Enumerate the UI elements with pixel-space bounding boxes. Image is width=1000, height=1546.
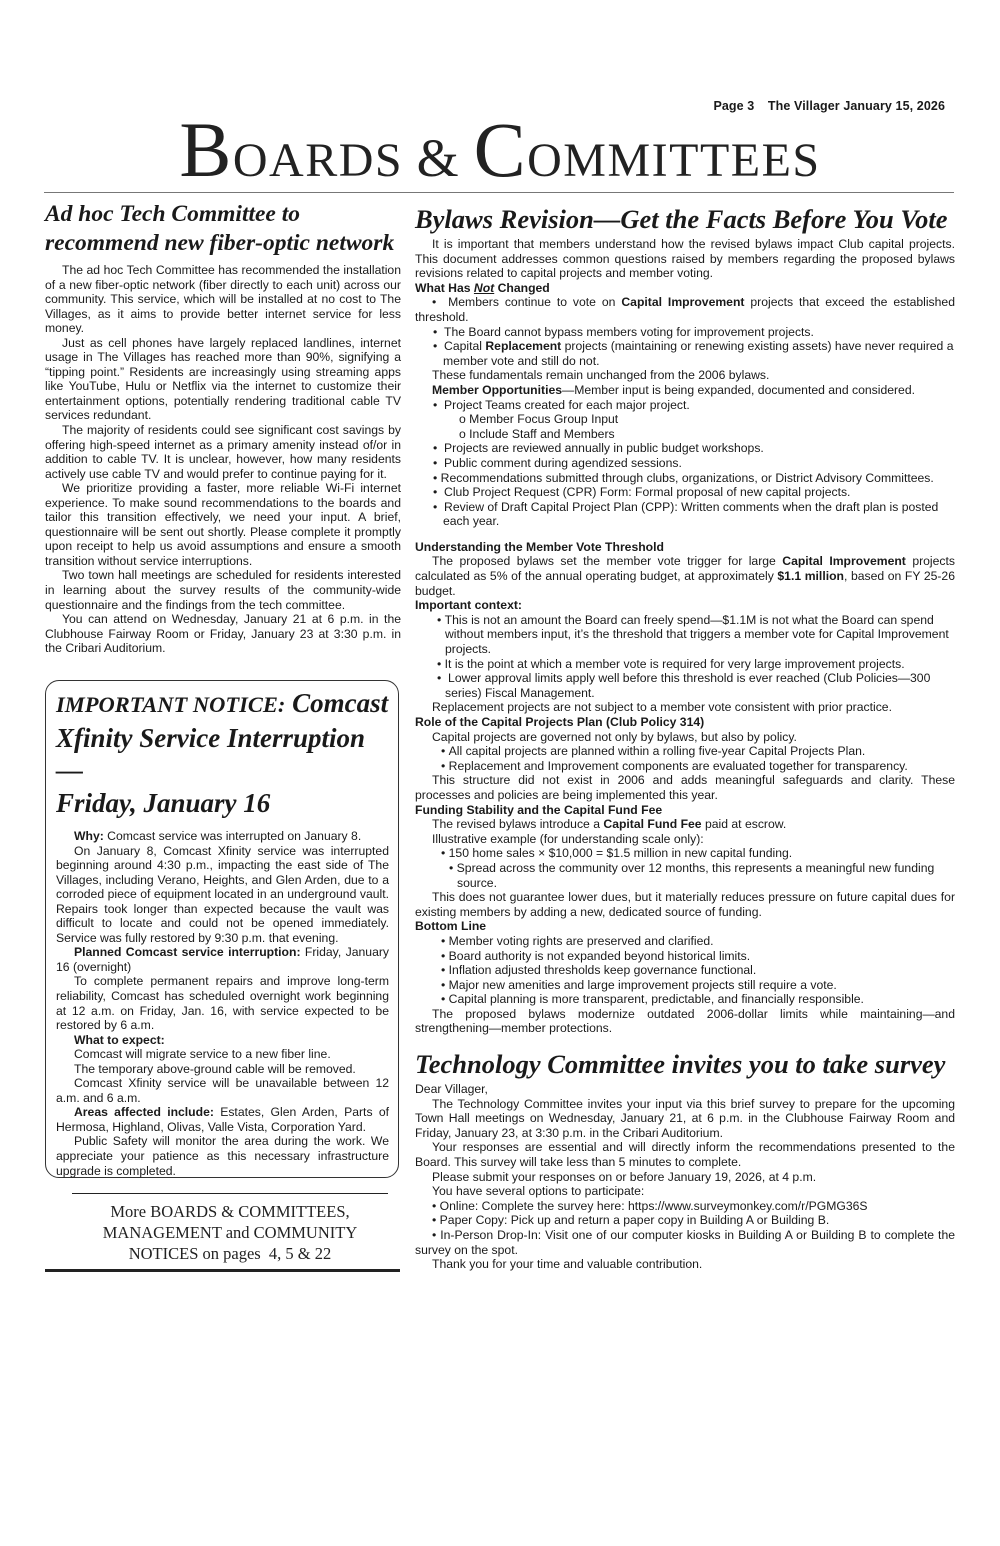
- bullet-item: • Board authority is not expanded beyond…: [415, 949, 955, 964]
- planned-paragraph: Planned Comcast service interruption: Fr…: [56, 945, 389, 974]
- ad-hoc-headline: Ad hoc Tech Committee to recommend new f…: [45, 200, 401, 258]
- text: Public comment during agendized sessions…: [444, 456, 682, 470]
- fund-fee-closing: This does not guarantee lower dues, but …: [415, 890, 955, 919]
- paragraph: The majority of residents could see sign…: [45, 423, 401, 481]
- text: This is not an amount the Board can free…: [445, 613, 949, 656]
- text: Lower approval limits apply well before …: [445, 671, 930, 700]
- salutation: Dear Villager,: [415, 1082, 955, 1097]
- comcast-notice-title: IMPORTANT NOTICE: Comcast Xfinity Servic…: [56, 687, 389, 819]
- bullet-item: • Replacement and Improvement components…: [415, 759, 955, 774]
- why-paragraph: Why: Comcast service was interrupted on …: [56, 829, 389, 844]
- paragraph: The Technology Committee invites your in…: [415, 1097, 955, 1141]
- threshold-heading: Understanding the Member Vote Threshold: [415, 540, 955, 555]
- text: Projects are reviewed annually in public…: [444, 441, 764, 455]
- more-line1: More BOARDS & COMMITTEES,: [72, 1201, 388, 1222]
- fund-fee-example: Illustrative example (for understanding …: [415, 832, 955, 847]
- text: Review of Draft Capital Project Plan (CP…: [443, 500, 938, 529]
- ad-hoc-body: The ad hoc Tech Committee has recommende…: [45, 263, 401, 656]
- bold-text: Replacement: [485, 339, 561, 353]
- paragraph: You can attend on Wednesday, January 21 …: [45, 612, 401, 656]
- expect-item: The temporary above-ground cable will be…: [56, 1062, 389, 1077]
- expect-item: Comcast will migrate service to a new fi…: [56, 1047, 389, 1062]
- comcast-notice-box: IMPORTANT NOTICE: Comcast Xfinity Servic…: [45, 680, 399, 1178]
- bullet-item: • This is not an amount the Board can fr…: [415, 613, 955, 657]
- text: Spread across the community over 12 mont…: [457, 861, 935, 890]
- masthead-boards: OARDS: [233, 134, 403, 187]
- paragraph: The ad hoc Tech Committee has recommende…: [45, 263, 401, 336]
- planned-label: Planned Comcast service interruption:: [74, 945, 301, 959]
- text: It is the point at which a member vote i…: [445, 657, 905, 671]
- bylaws-headline: Bylaws Revision—Get the Facts Before You…: [415, 203, 955, 236]
- ad-hoc-headline-line1: Ad hoc Tech Committee to: [45, 201, 300, 227]
- opportunities-text: —Member input is being expanded, documen…: [562, 383, 915, 397]
- text: The proposed bylaws set the member vote …: [432, 554, 782, 568]
- more-line2: MANAGEMENT and COMMUNITY: [72, 1222, 388, 1243]
- areas-label: Areas affected include:: [74, 1105, 214, 1119]
- text: Club Project Request (CPR) Form: Formal …: [444, 485, 850, 499]
- section-masthead: BOARDS & COMMITTEES: [0, 110, 1000, 201]
- notice-label: IMPORTANT NOTICE:: [56, 692, 285, 717]
- text: Board authority is not expanded beyond h…: [449, 949, 750, 963]
- text: Capital: [444, 339, 485, 353]
- masthead-committees: OMMITTEES: [527, 134, 820, 187]
- option-paper: • Paper Copy: Pick up and return a paper…: [415, 1213, 955, 1228]
- text: Online: Complete the survey here:: [440, 1199, 628, 1213]
- more-line3: NOTICES on pages 4, 5 & 22: [72, 1243, 388, 1264]
- fund-fee-paragraph: The revised bylaws introduce a Capital F…: [415, 817, 955, 832]
- why-text: Comcast service was interrupted on Janua…: [104, 829, 361, 843]
- paragraph: Just as cell phones have largely replace…: [45, 336, 401, 423]
- comcast-notice-body: Why: Comcast service was interrupted on …: [56, 829, 389, 1178]
- notice-title-line3: Friday, January 16: [56, 788, 270, 818]
- masthead-initial-c: C: [474, 106, 528, 193]
- bullet-item: • 150 home sales × $10,000 = $1.5 millio…: [415, 846, 955, 861]
- bullet-item: • Capital planning is more transparent, …: [415, 992, 955, 1007]
- text: All capital projects are planned within …: [449, 744, 866, 758]
- bylaws-body: It is important that members understand …: [415, 237, 955, 1036]
- bullet-item: • Club Project Request (CPR) Form: Forma…: [415, 485, 955, 500]
- survey-body: Dear Villager, The Technology Committee …: [415, 1082, 955, 1272]
- text: 150 home sales × $10,000 = $1.5 million …: [449, 846, 793, 860]
- paragraph: On January 8, Comcast Xfinity service wa…: [56, 844, 389, 946]
- sub-item: o Member Focus Group Input: [415, 412, 955, 427]
- header-divider: [44, 192, 954, 193]
- text: The Board cannot bypass members voting f…: [444, 325, 814, 339]
- paragraph: Please submit your responses on or befor…: [415, 1170, 955, 1185]
- paragraph: We prioritize providing a faster, more r…: [45, 481, 401, 568]
- paragraph: Public Safety will monitor the area duri…: [56, 1134, 389, 1178]
- bullet-item: • Review of Draft Capital Project Plan (…: [415, 500, 955, 529]
- bullet-item: • Public comment during agendized sessio…: [415, 456, 955, 471]
- masthead-initial-b: B: [179, 106, 233, 193]
- opportunities-label: Member Opportunities: [432, 383, 562, 397]
- text: Members continue to vote on: [448, 295, 621, 309]
- bylaws-intro: It is important that members understand …: [415, 237, 955, 281]
- survey-headline: Technology Committee invites you to take…: [415, 1048, 955, 1081]
- capital-plan-heading: Role of the Capital Projects Plan (Club …: [415, 715, 955, 730]
- expect-label-text: What to expect:: [74, 1033, 165, 1047]
- sub-item: o Include Staff and Members: [415, 427, 955, 442]
- bullet-item: • The Board cannot bypass members voting…: [415, 325, 955, 340]
- text: Paper Copy: Pick up and return a paper c…: [440, 1213, 830, 1227]
- right-column: Bylaws Revision—Get the Facts Before You…: [415, 203, 955, 1272]
- text: In-Person Drop-In: Visit one of our comp…: [415, 1228, 955, 1257]
- not-changed-heading: What Has Not Changed: [415, 281, 955, 296]
- capital-plan-intro: Capital projects are governed not only b…: [415, 730, 955, 745]
- text: Capital planning is more transparent, pr…: [449, 992, 864, 1006]
- option-in-person: • In-Person Drop-In: Visit one of our co…: [415, 1228, 955, 1257]
- why-label: Why:: [74, 829, 104, 843]
- paragraph: Two town hall meetings are scheduled for…: [45, 568, 401, 612]
- more-notices-callout: More BOARDS & COMMITTEES, MANAGEMENT and…: [72, 1193, 388, 1264]
- notice-title-line2: Xfinity Service Interruption—: [56, 723, 365, 786]
- bullet-item: • Recommendations submitted through club…: [415, 471, 955, 486]
- thanks: Thank you for your time and valuable con…: [415, 1257, 955, 1272]
- callout-bottom-rule: [45, 1269, 400, 1272]
- bold-text: Capital Fund Fee: [603, 817, 701, 831]
- text: Project Teams created for each major pro…: [444, 398, 690, 412]
- capital-plan-closing: This structure did not exist in 2006 and…: [415, 773, 955, 802]
- threshold-paragraph: The proposed bylaws set the member vote …: [415, 554, 955, 598]
- bold-text: Capital Improvement: [621, 295, 744, 309]
- bullet-item: • Members continue to vote on Capital Im…: [415, 295, 955, 324]
- text: Inflation adjusted thresholds keep gover…: [449, 963, 757, 977]
- paragraph: To complete permanent repairs and improv…: [56, 974, 389, 1032]
- bullet-item: • Spread across the community over 12 mo…: [415, 861, 955, 890]
- heading-part: What Has: [415, 281, 474, 295]
- ad-hoc-headline-line2: recommend new fiber-optic network: [45, 230, 394, 256]
- heading-emphasis: Not: [474, 281, 494, 295]
- bullet-item: • It is the point at which a member vote…: [415, 657, 955, 672]
- expect-item: Comcast Xfinity service will be unavaila…: [56, 1076, 389, 1105]
- survey-link[interactable]: https://www.surveymonkey.com/r/PGMG36S: [628, 1199, 868, 1213]
- bottom-line-closing: The proposed bylaws modernize outdated 2…: [415, 1007, 955, 1036]
- left-column: Ad hoc Tech Committee to recommend new f…: [45, 200, 401, 656]
- areas-paragraph: Areas affected include: Estates, Glen Ar…: [56, 1105, 389, 1134]
- notice-title-part: Comcast: [285, 688, 388, 718]
- not-changed-closing: These fundamentals remain unchanged from…: [415, 368, 955, 383]
- bullet-item: • Member voting rights are preserved and…: [415, 934, 955, 949]
- option-online: • Online: Complete the survey here: http…: [415, 1199, 955, 1214]
- text: Recommendations submitted through clubs,…: [441, 471, 934, 485]
- opportunities-line: Member Opportunities—Member input is bei…: [415, 383, 955, 398]
- threshold-closing: Replacement projects are not subject to …: [415, 700, 955, 715]
- text: Major new amenities and large improvemen…: [449, 978, 837, 992]
- bullet-item: • Projects are reviewed annually in publ…: [415, 441, 955, 456]
- bold-text: $1.1 million: [777, 569, 844, 583]
- bullet-item: • Project Teams created for each major p…: [415, 398, 955, 413]
- bullet-item: • Lower approval limits apply well befor…: [415, 671, 955, 700]
- context-heading: Important context:: [415, 598, 955, 613]
- text: Replacement and Improvement components a…: [449, 759, 908, 773]
- bold-text: Capital Improvement: [782, 554, 906, 568]
- paragraph: You have several options to participate:: [415, 1184, 955, 1199]
- masthead-ampersand: &: [417, 128, 461, 188]
- text: Member voting rights are preserved and c…: [449, 934, 714, 948]
- heading-part: Changed: [494, 281, 550, 295]
- fund-fee-heading: Funding Stability and the Capital Fund F…: [415, 803, 955, 818]
- text: The revised bylaws introduce a: [432, 817, 603, 831]
- paragraph: Your responses are essential and will di…: [415, 1140, 955, 1169]
- bullet-item: • Inflation adjusted thresholds keep gov…: [415, 963, 955, 978]
- bullet-item: • All capital projects are planned withi…: [415, 744, 955, 759]
- bullet-item: • Capital Replacement projects (maintain…: [415, 339, 955, 368]
- expect-label: What to expect:: [56, 1033, 389, 1048]
- bottom-line-heading: Bottom Line: [415, 919, 955, 934]
- text: paid at escrow.: [702, 817, 787, 831]
- bullet-item: • Major new amenities and large improvem…: [415, 978, 955, 993]
